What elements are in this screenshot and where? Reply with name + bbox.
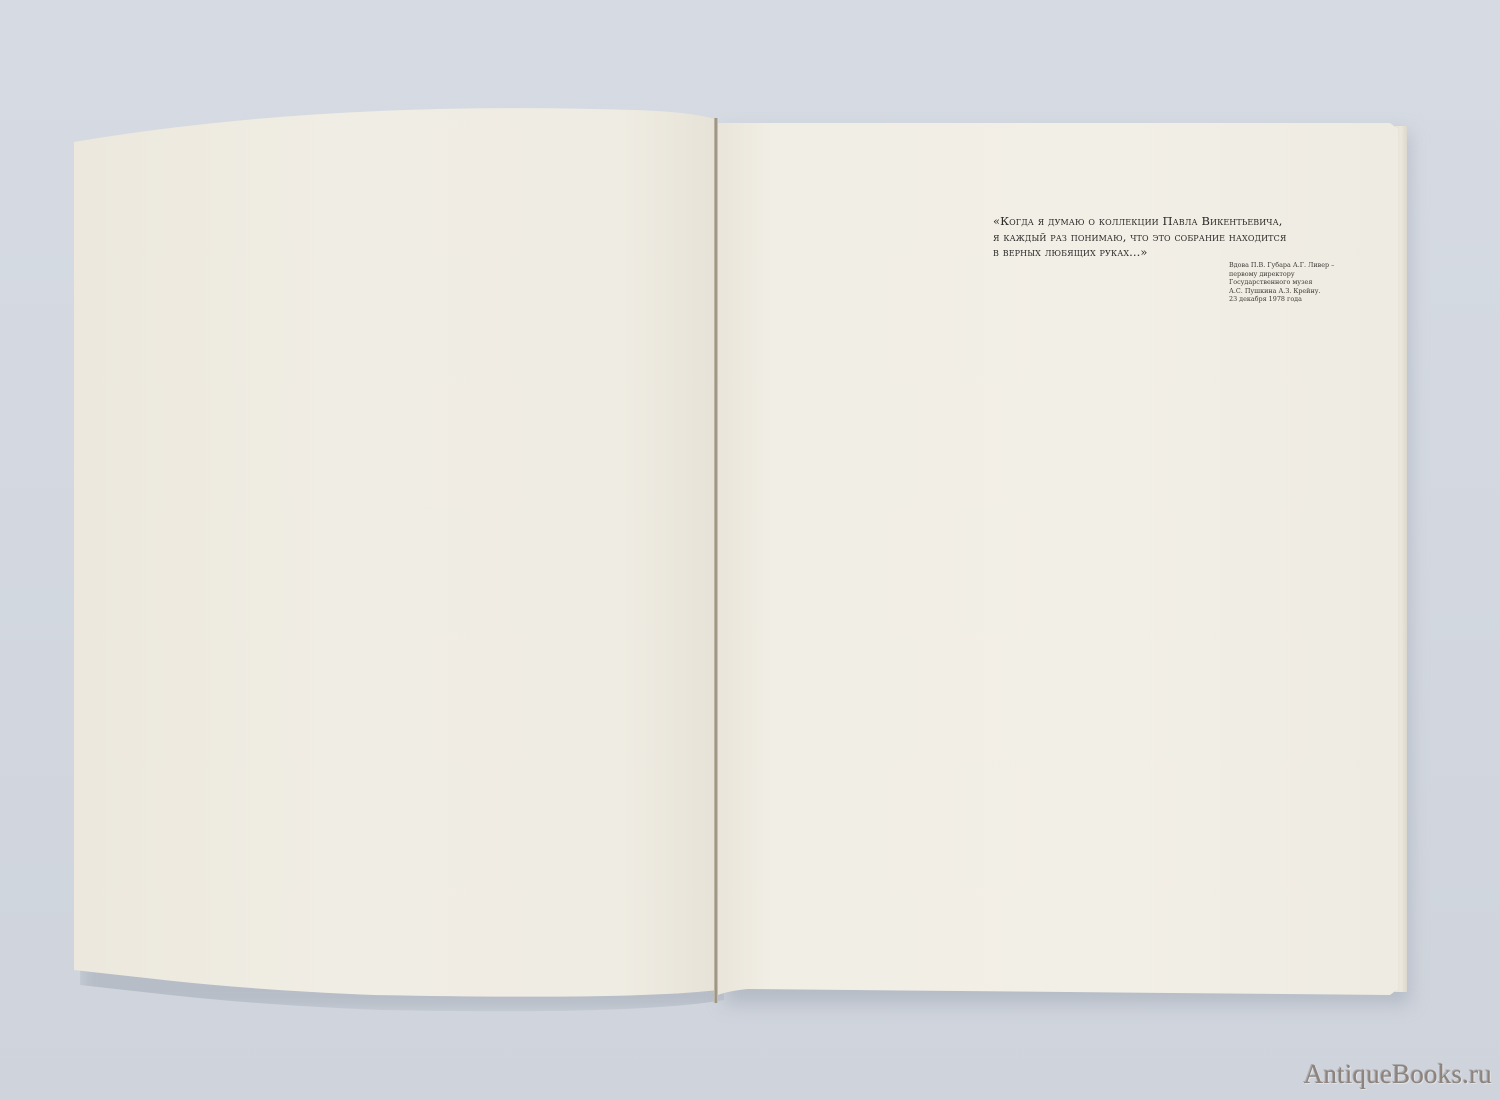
quote-line: я каждый раз понимаю, что это собрание н… [993,230,1333,246]
attribution-line: Вдова П.В. Губара А.Г. Ливер – [1229,261,1349,270]
quote-attribution: Вдова П.В. Губара А.Г. Ливер – первому д… [1229,261,1349,304]
book-spine-gutter [714,118,718,1003]
attribution-line: первому директору [1229,270,1349,279]
attribution-line: 23 декабря 1978 года [1229,295,1349,304]
attribution-line: Государственного музея [1229,278,1349,287]
photo-scene: «Когда я думаю о коллекции Павла Викенть… [0,0,1500,1100]
left-page-blank [74,100,718,1000]
watermark-logo: AntiqueBooks.ru [1304,1059,1492,1090]
epigraph-quote: «Когда я думаю о коллекции Павла Викенть… [993,214,1333,261]
attribution-line: А.С. Пушкина А.З. Крейну. [1229,287,1349,296]
quote-line: «Когда я думаю о коллекции Павла Викенть… [993,214,1333,230]
quote-line: в верных любящих руках...» [993,245,1333,261]
